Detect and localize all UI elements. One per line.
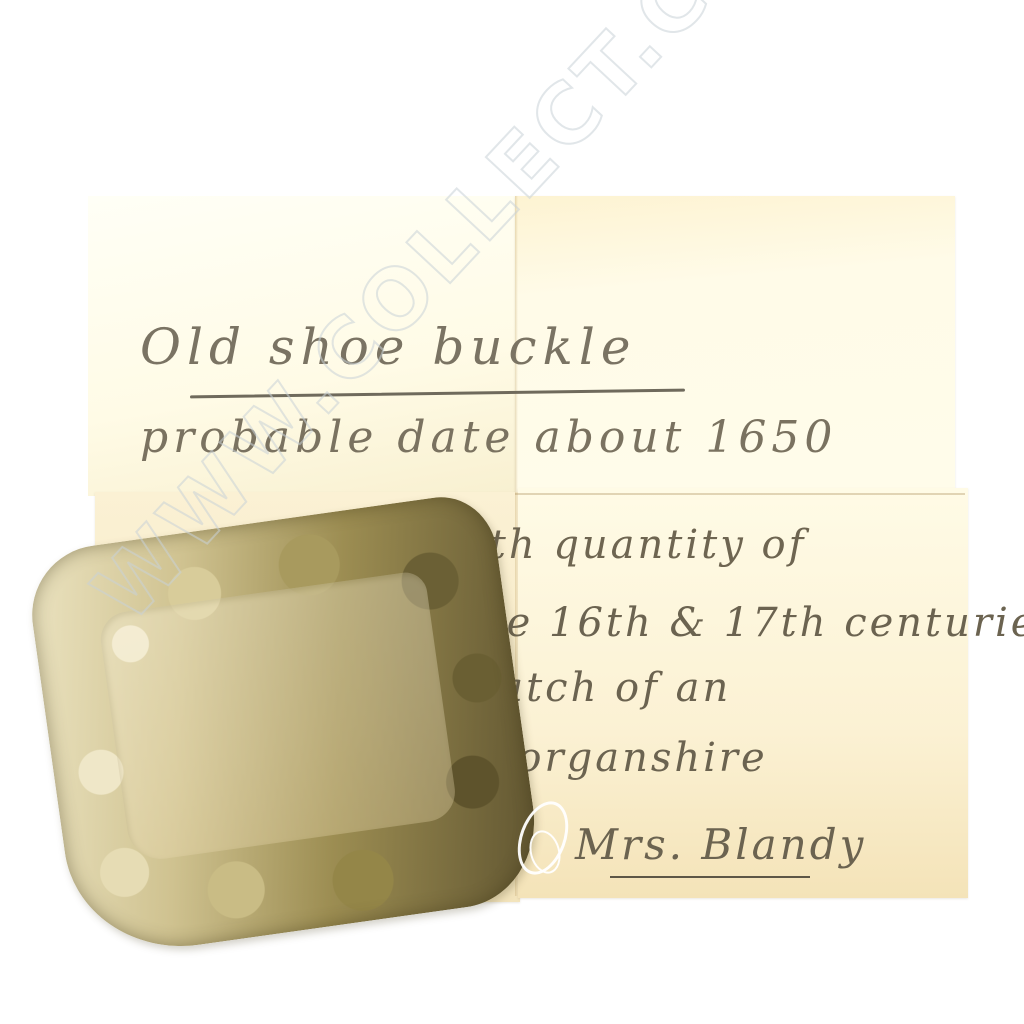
note-hidden-line: hidden in the thatch of an xyxy=(128,665,731,711)
paper-fold-horizontal xyxy=(515,493,965,495)
note-found-line: found with quantity of xyxy=(290,522,806,568)
photo-scene: Old shoe buckle probable date about 1650… xyxy=(0,0,1024,1024)
note-farm-line: old farm in Glamorganshire xyxy=(128,735,768,781)
note-signature: Mrs. Blandy xyxy=(575,820,866,869)
signature-underline xyxy=(610,876,810,878)
note-coins-line: Silver coins, date 16th & 17th centuries xyxy=(128,600,1024,646)
